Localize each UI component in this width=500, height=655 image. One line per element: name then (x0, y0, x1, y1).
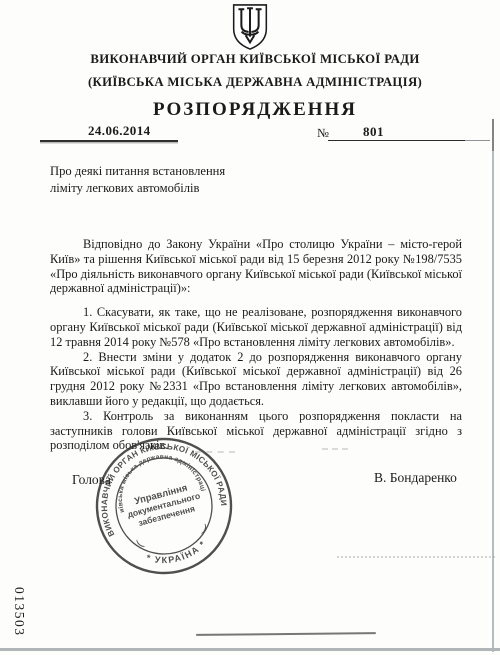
scan-smudge-left (195, 451, 235, 453)
document-body: Відповідно до Закону України «Про столиц… (50, 237, 462, 453)
stamp-paren-right: ) (201, 523, 209, 536)
document-type-title: РОЗПОРЯДЖЕННЯ (10, 99, 500, 121)
scan-line-artifact (196, 632, 376, 636)
subject-line1: Про деякі питання встановлення (50, 163, 225, 180)
item-1-paragraph: 1. Скасувати, як таке, що не реалізоване… (50, 305, 462, 349)
org-name-line1: ВИКОНАВЧИЙ ОРГАН КИЇВСЬКОЇ МІСЬКОЇ РАДИ (10, 52, 500, 67)
number-underline (328, 140, 465, 141)
scan-bottom-edge (0, 648, 500, 651)
stamp-ring-outer-bottom-text: * УКРАЇНА * (143, 537, 211, 572)
form-serial-number: 013503 (11, 587, 27, 637)
org-name-line2: (КИЇВСЬКА МІСЬКА ДЕРЖАВНА АДМІНІСТРАЦІЯ) (10, 75, 500, 90)
preamble-paragraph: Відповідно до Закону України «Про столиц… (50, 237, 462, 296)
number-label: № (317, 126, 329, 141)
date-underline (40, 140, 178, 142)
number-underline-extension (465, 140, 490, 141)
scan-right-edge (492, 119, 494, 652)
scan-smudge-right (322, 448, 348, 450)
ukraine-trident-emblem-icon (229, 3, 271, 51)
svg-text:* УКРАЇНА *: * УКРАЇНА * (143, 537, 211, 572)
subject-block: Про деякі питання встановлення ліміту ле… (50, 163, 225, 197)
scan-dotted-artifact (337, 556, 495, 558)
document-number: 801 (363, 124, 384, 140)
document-date: 24.06.2014 (88, 123, 151, 139)
scanned-document-page: ВИКОНАВЧИЙ ОРГАН КИЇВСЬКОЇ МІСЬКОЇ РАДИ … (0, 0, 500, 655)
subject-line2: ліміту легкових автомобілів (50, 180, 225, 197)
signatory-name: В. Бондаренко (374, 470, 457, 486)
item-2-paragraph: 2. Внести зміни у додаток 2 до розпорядж… (50, 350, 462, 409)
stamp-paren-left: ( (134, 539, 146, 550)
